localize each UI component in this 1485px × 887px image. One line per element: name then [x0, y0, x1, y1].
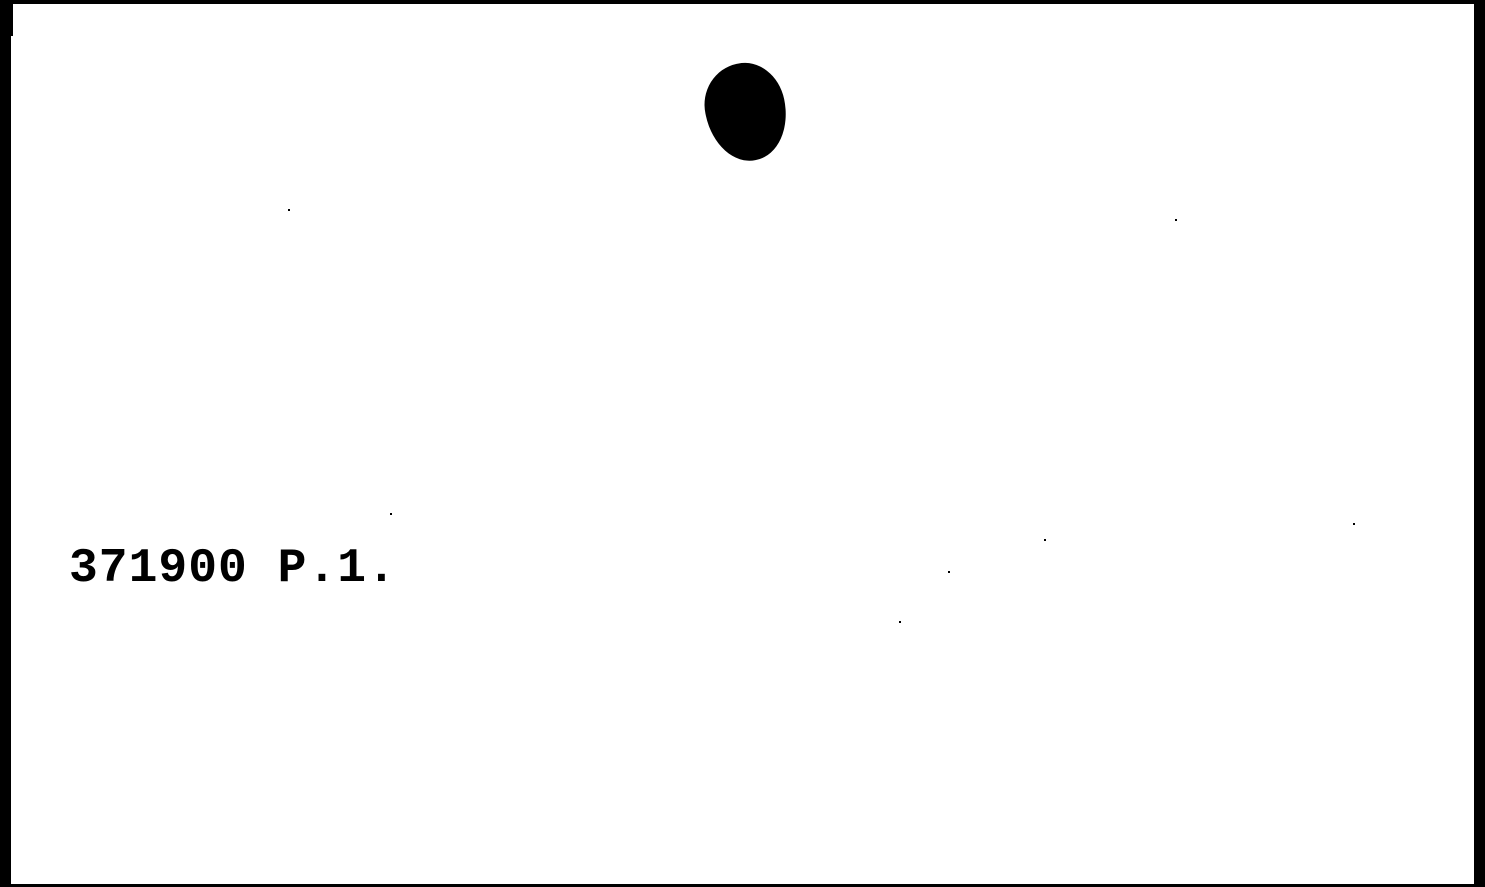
- index-card: 371900 P.1.: [11, 4, 1474, 884]
- scan-speck: [288, 209, 290, 211]
- punch-hole: [697, 56, 796, 168]
- card-edge-mark: [11, 4, 13, 36]
- typed-reference-number: 371900 P.1.: [69, 542, 397, 596]
- scan-speck: [1175, 219, 1177, 221]
- scan-speck: [1353, 523, 1355, 525]
- scan-speck: [948, 571, 950, 573]
- scan-speck: [899, 621, 901, 623]
- scan-speck: [1044, 539, 1046, 541]
- scan-speck: [390, 513, 392, 515]
